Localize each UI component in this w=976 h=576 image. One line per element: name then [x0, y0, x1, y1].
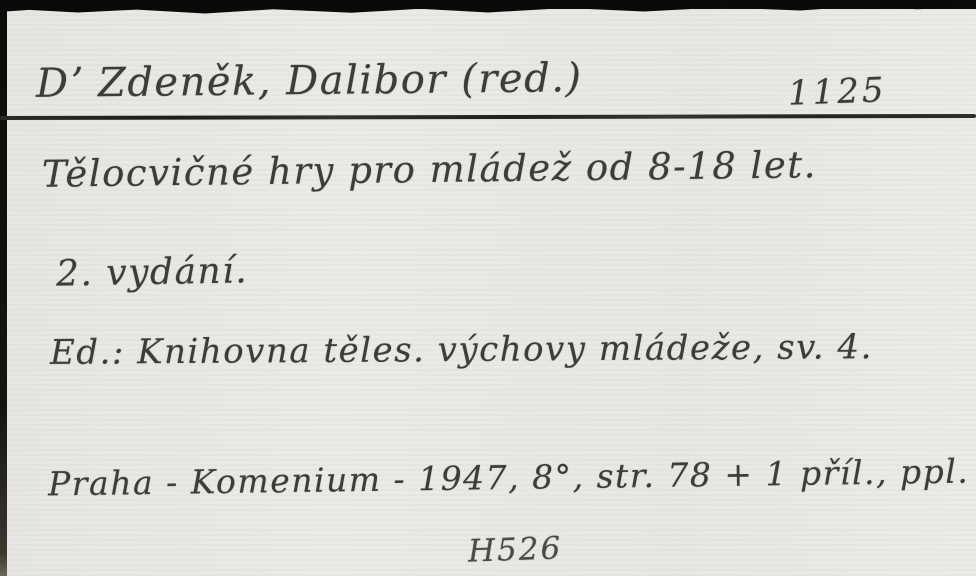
catalog-card-scan: Dʼ Zdeněk, Dalibor (red.) 1125 Tělocvičn…: [0, 0, 976, 576]
edition-text: 2. vydání.: [56, 250, 249, 294]
scan-edge-left: [0, 8, 7, 576]
series-text: Ed.: Knihovna těles. výchovy mládeže, sv…: [50, 327, 873, 373]
catalog-number: 1125: [787, 70, 887, 113]
author-heading: Dʼ Zdeněk, Dalibor (red.): [36, 55, 583, 107]
footer-code: H526: [467, 530, 562, 569]
